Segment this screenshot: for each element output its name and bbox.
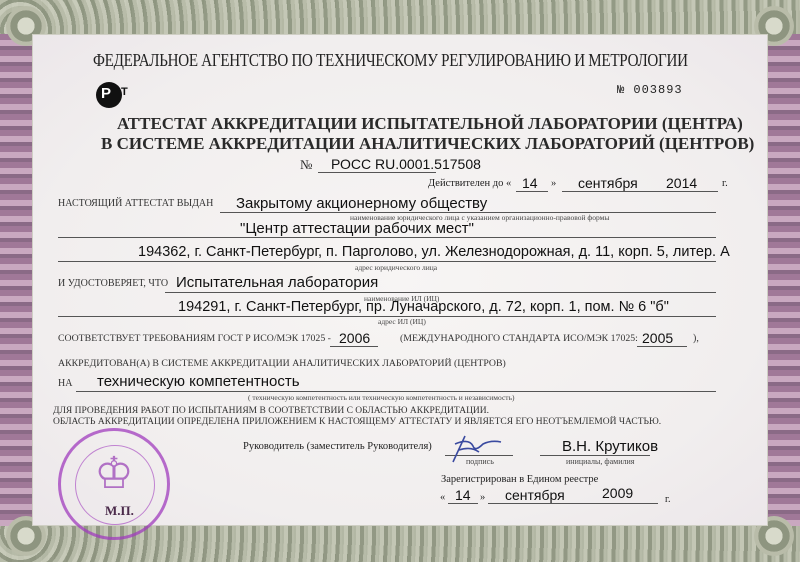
reg-number-label: № — [300, 157, 312, 173]
iso-close: ), — [693, 333, 699, 344]
valid-month: сентября — [578, 175, 638, 191]
signer-name-underline — [540, 455, 650, 456]
valid-year-suffix: г. — [722, 178, 728, 189]
reg-number-underline — [318, 172, 436, 173]
valid-month-underline — [562, 191, 718, 192]
org-name-underline — [58, 237, 716, 238]
serial-number: № 003893 — [617, 83, 683, 97]
scope-underline — [76, 391, 716, 392]
scope-hint: ( техническую компетентность или техниче… — [248, 393, 515, 402]
registry-label: Зарегистрирован в Едином реестре — [441, 474, 598, 485]
accreditation-scope: техническую компетентность — [97, 373, 300, 390]
lab-name-underline — [165, 292, 716, 293]
accreditation-label: АККРЕДИТОВАН(А) В СИСТЕМЕ АККРЕДИТАЦИИ А… — [58, 358, 506, 369]
ornament-left — [0, 34, 32, 526]
org-name: "Центр аттестации рабочих мест" — [240, 220, 474, 237]
signer-name-hint: инициалы, фамилия — [566, 457, 634, 466]
registry-month-underline — [488, 503, 658, 504]
registry-day: 14 — [455, 487, 471, 503]
signatory-role: Руководитель (заместитель Руководителя) — [243, 441, 432, 452]
double-headed-eagle-icon: ♔ — [89, 449, 139, 499]
issued-to-org-type: Закрытому акционерному обществу — [236, 195, 487, 212]
lab-address: 194291, г. Санкт-Петербург, пр. Луначарс… — [178, 299, 669, 315]
seal-mp-label: М.П. — [105, 503, 134, 519]
valid-until-label: Действителен до « — [428, 178, 511, 189]
rst-logo-letter: Т — [121, 86, 128, 98]
official-seal: ♔ М.П. — [58, 428, 170, 540]
iso-year: 2005 — [642, 330, 673, 346]
valid-day: 14 — [522, 175, 538, 191]
org-address: 194362, г. Санкт-Петербург, п. Парголово… — [138, 244, 730, 260]
lab-address-hint: адрес ИЛ (ИЦ) — [378, 317, 426, 326]
valid-day-close: » — [551, 178, 556, 189]
registry-close: » — [480, 492, 485, 503]
certifies-label: И УДОСТОВЕРЯЕТ, ЧТО — [58, 278, 168, 289]
registry-suffix: г. — [665, 494, 670, 505]
valid-year: 2014 — [666, 175, 697, 191]
note-line1: ДЛЯ ПРОВЕДЕНИЯ РАБОТ ПО ИСПЫТАНИЯМ В СОО… — [53, 406, 489, 416]
issued-to-label: НАСТОЯЩИЙ АТТЕСТАТ ВЫДАН — [58, 198, 213, 209]
ornament-top — [0, 0, 800, 34]
certificate-title-line1: АТТЕСТАТ АККРЕДИТАЦИИ ИСПЫТАТЕЛЬНОЙ ЛАБО… — [117, 114, 743, 134]
rst-logo-icon: Р — [96, 82, 122, 108]
ornament-right — [768, 34, 800, 526]
signer-name: В.Н. Крутиков — [562, 438, 658, 455]
agency-title: ФЕДЕРАЛЬНОЕ АГЕНТСТВО ПО ТЕХНИЧЕСКОМУ РЕ… — [93, 50, 688, 71]
org-address-underline — [58, 261, 716, 262]
gost-year-underline — [330, 346, 378, 347]
gost-compliance-label: СООТВЕТСТВУЕТ ТРЕБОВАНИЯМ ГОСТ Р ИСО/МЭК… — [58, 333, 331, 344]
registry-year: 2009 — [602, 485, 633, 501]
reg-number: РОСС RU.0001.517508 — [331, 156, 481, 172]
accreditation-on-label: НА — [58, 378, 72, 389]
note-line2: ОБЛАСТЬ АККРЕДИТАЦИИ ОПРЕДЕЛЕНА ПРИЛОЖЕН… — [53, 417, 661, 427]
iso-year-underline — [637, 346, 687, 347]
iso-label: (МЕЖДУНАРОДНОГО СТАНДАРТА ИСО/МЭК 17025: — [400, 333, 638, 344]
registry-open: « — [440, 492, 445, 503]
certificate-title-line2: В СИСТЕМЕ АККРЕДИТАЦИИ АНАЛИТИЧЕСКИХ ЛАБ… — [101, 134, 754, 154]
registry-month: сентября — [505, 487, 565, 503]
org-address-hint: адрес юридического лица — [355, 263, 437, 272]
registry-day-underline — [448, 503, 478, 504]
gost-year: 2006 — [339, 330, 370, 346]
lab-name: Испытательная лаборатория — [176, 274, 378, 291]
signature-hint: подпись — [466, 457, 494, 466]
valid-day-underline — [516, 191, 548, 192]
